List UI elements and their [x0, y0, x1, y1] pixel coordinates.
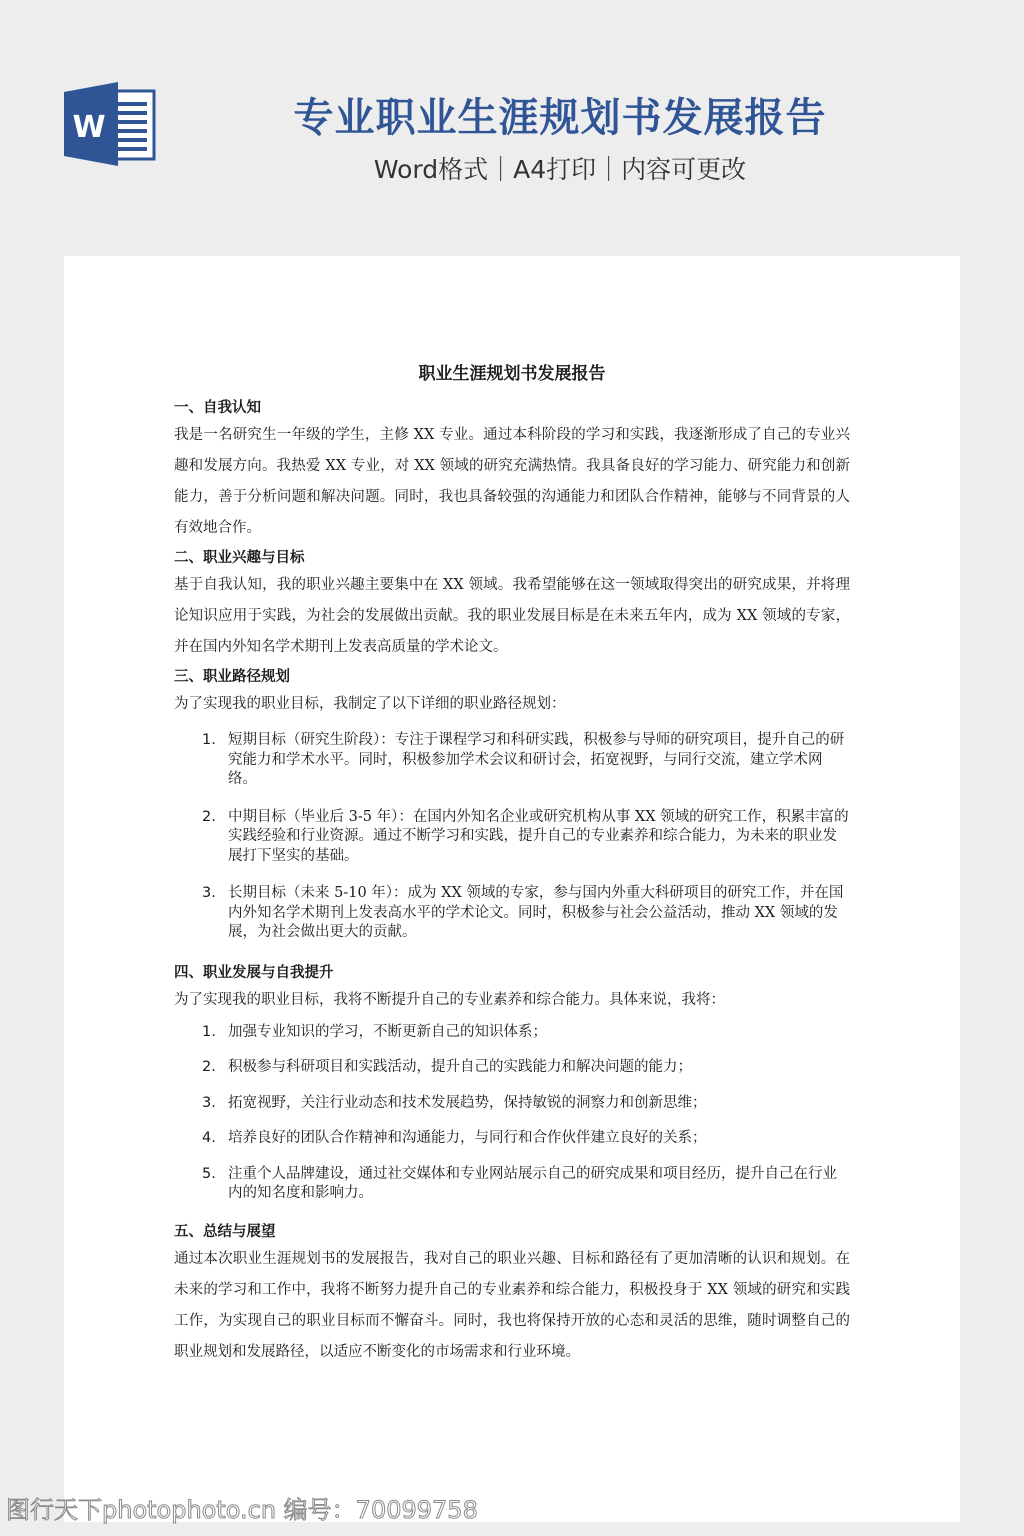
promo-subtitle: Word格式｜A4打印｜内容可更改: [250, 152, 870, 188]
section-career-path: 三、职业路径规划 为了实现我的职业目标，我制定了以下详细的职业路径规划： 1.短…: [174, 665, 850, 943]
section-heading: 一、自我认知: [174, 396, 850, 420]
list-item: 2.积极参与科研项目和实践活动，提升自己的实践能力和解决问题的能力；: [174, 1058, 850, 1078]
list-text: 加强专业知识的学习，不断更新自己的知识体系；: [228, 1024, 547, 1040]
section-heading: 二、职业兴趣与目标: [174, 546, 850, 570]
path-list: 1.短期目标（研究生阶段）：专注于课程学习和科研实践，积极参与导师的研究项目，提…: [174, 731, 850, 943]
list-item: 1.短期目标（研究生阶段）：专注于课程学习和科研实践，积极参与导师的研究项目，提…: [174, 731, 850, 790]
list-item: 3.长期目标（未来 5-10 年）：成为 XX 领域的专家，参与国内外重大科研项…: [174, 884, 850, 943]
list-item: 3.拓宽视野，关注行业动态和技术发展趋势，保持敏锐的洞察力和创新思维；: [174, 1094, 850, 1114]
list-text: 积极参与科研项目和实践活动，提升自己的实践能力和解决问题的能力；: [228, 1059, 692, 1075]
paragraph: 为了实现我的职业目标，我制定了以下详细的职业路径规划：: [174, 689, 850, 720]
list-text: 短期目标（研究生阶段）：专注于课程学习和科研实践，积极参与导师的研究项目，提升自…: [228, 732, 844, 787]
list-text: 注重个人品牌建设，通过社交媒体和专业网站展示自己的研究成果和项目经历，提升自己在…: [228, 1166, 837, 1202]
paragraph: 为了实现我的职业目标，我将不断提升自己的专业素养和综合能力。具体来说，我将：: [174, 985, 850, 1016]
svg-text:W: W: [72, 110, 105, 145]
promo-header: W 专业职业生涯规划书发展报告 Word格式｜A4打印｜内容可更改: [0, 0, 1024, 256]
improvement-list: 1.加强专业知识的学习，不断更新自己的知识体系； 2.积极参与科研项目和实践活动…: [174, 1023, 850, 1204]
list-number: 1.: [202, 1023, 216, 1043]
list-text: 中期目标（毕业后 3-5 年）：在国内外知名企业或研究机构从事 XX 领域的研究…: [228, 809, 849, 864]
paragraph: 我是一名研究生一年级的学生，主修 XX 专业。通过本科阶段的学习和实践，我逐渐形…: [174, 420, 850, 544]
section-heading: 三、职业路径规划: [174, 665, 850, 689]
list-text: 拓宽视野，关注行业动态和技术发展趋势，保持敏锐的洞察力和创新思维；: [228, 1095, 707, 1111]
section-heading: 五、总结与展望: [174, 1220, 850, 1244]
watermark: 图行天下photophoto.cn 编号：70099758: [6, 1490, 478, 1525]
list-number: 5.: [202, 1165, 216, 1185]
paragraph: 基于自我认知，我的职业兴趣主要集中在 XX 领域。我希望能够在这一领域取得突出的…: [174, 570, 850, 663]
section-summary: 五、总结与展望 通过本次职业生涯规划书的发展报告，我对自己的职业兴趣、目标和路径…: [174, 1220, 850, 1368]
list-number: 2.: [202, 1058, 216, 1078]
list-number: 1.: [202, 731, 216, 751]
paragraph: 通过本次职业生涯规划书的发展报告，我对自己的职业兴趣、目标和路径有了更加清晰的认…: [174, 1244, 850, 1368]
list-item: 4.培养良好的团队合作精神和沟通能力，与同行和合作伙伴建立良好的关系；: [174, 1129, 850, 1149]
list-text: 长期目标（未来 5-10 年）：成为 XX 领域的专家，参与国内外重大科研项目的…: [228, 885, 843, 940]
list-item: 2.中期目标（毕业后 3-5 年）：在国内外知名企业或研究机构从事 XX 领域的…: [174, 808, 850, 867]
list-item: 5.注重个人品牌建设，通过社交媒体和专业网站展示自己的研究成果和项目经历，提升自…: [174, 1165, 850, 1204]
document-body: 职业生涯规划书发展报告 一、自我认知 我是一名研究生一年级的学生，主修 XX 专…: [174, 360, 850, 1370]
list-number: 3.: [202, 884, 216, 904]
word-document-icon: W: [64, 82, 156, 166]
list-number: 3.: [202, 1094, 216, 1114]
list-number: 2.: [202, 808, 216, 828]
list-number: 4.: [202, 1129, 216, 1149]
list-item: 1.加强专业知识的学习，不断更新自己的知识体系；: [174, 1023, 850, 1043]
list-text: 培养良好的团队合作精神和沟通能力，与同行和合作伙伴建立良好的关系；: [228, 1130, 707, 1146]
section-self-improvement: 四、职业发展与自我提升 为了实现我的职业目标，我将不断提升自己的专业素养和综合能…: [174, 961, 850, 1204]
section-heading: 四、职业发展与自我提升: [174, 961, 850, 985]
document-title: 职业生涯规划书发展报告: [174, 360, 850, 388]
section-self-awareness: 一、自我认知 我是一名研究生一年级的学生，主修 XX 专业。通过本科阶段的学习和…: [174, 396, 850, 544]
section-career-interest: 二、职业兴趣与目标 基于自我认知，我的职业兴趣主要集中在 XX 领域。我希望能够…: [174, 546, 850, 663]
document-page: 职业生涯规划书发展报告 一、自我认知 我是一名研究生一年级的学生，主修 XX 专…: [64, 256, 960, 1522]
promo-title: 专业职业生涯规划书发展报告: [250, 92, 870, 144]
